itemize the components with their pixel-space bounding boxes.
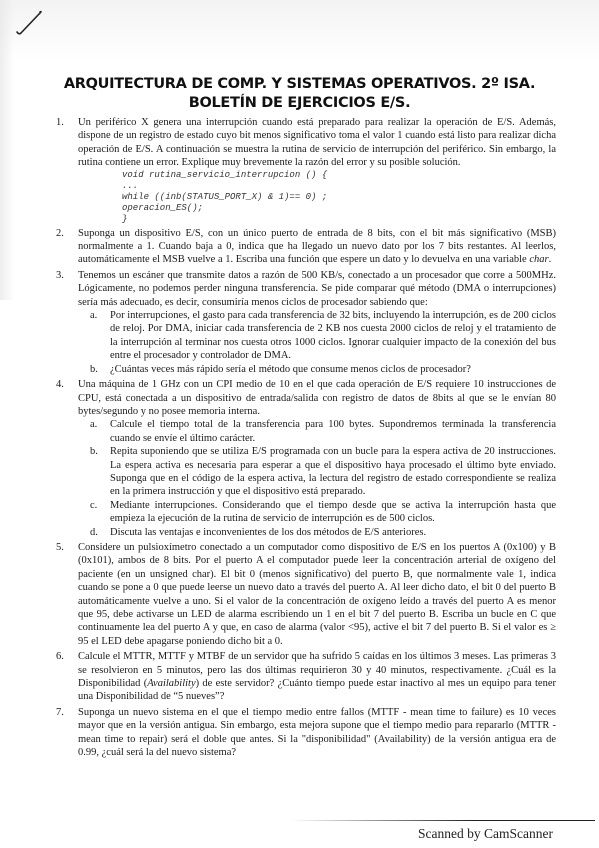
exercise-number: 3. <box>56 269 64 282</box>
document-title: ARQUITECTURA DE COMP. Y SISTEMAS OPERATI… <box>0 75 599 113</box>
sub-question-b: b. Repita suponiendo que se utiliza E/S … <box>84 445 556 499</box>
sub-question-c: c. Mediante interrupciones. Considerando… <box>84 499 556 526</box>
exercise-3: 3. Tenemos un escáner que transmite dato… <box>56 269 556 376</box>
exercise-number: 4. <box>56 378 64 391</box>
exercise-text: Suponga un nuevo sistema en el que el ti… <box>78 707 556 758</box>
exercise-number: 7. <box>56 706 64 719</box>
exercise-text: Una máquina de 1 GHz con un CPI medio de… <box>78 379 556 417</box>
code-block: void rutina_servicio_interrupcion () {..… <box>122 170 556 225</box>
scanner-watermark: Scanned by CamScanner <box>418 826 553 842</box>
code-line: operacion_ES(); <box>122 203 556 214</box>
exercise-4: 4. Una máquina de 1 GHz con un CPI medio… <box>56 378 556 539</box>
footer-divider <box>290 820 595 821</box>
sub-text: Discuta las ventajas e inconvenientes de… <box>110 527 426 538</box>
sub-letter: a. <box>90 309 97 322</box>
code-line: while ((inb(STATUS_PORT_X) & 1)== 0) ; <box>122 192 556 203</box>
exercise-6: 6. Calcule el MTTR, MTTF y MTBF de un se… <box>56 650 556 704</box>
exercise-2: 2. Suponga un dispositivo E/S, con un ún… <box>56 227 556 267</box>
sub-letter: b. <box>90 363 98 376</box>
exercise-text-emphasis: char <box>529 254 548 265</box>
exercise-number: 6. <box>56 650 64 663</box>
scan-shadow <box>0 0 599 60</box>
exercise-text: Considere un pulsioxímetro conectado a u… <box>78 542 556 647</box>
exercise-text: Un periférico X genera una interrupción … <box>78 117 556 168</box>
handwritten-check-icon <box>14 8 44 38</box>
sub-question-b: b. ¿Cuántas veces más rápido sería el mé… <box>84 363 556 376</box>
sub-letter: d. <box>90 526 98 539</box>
exercise-number: 2. <box>56 227 64 240</box>
title-line-1: ARQUITECTURA DE COMP. Y SISTEMAS OPERATI… <box>0 75 599 94</box>
exercise-number: 5. <box>56 541 64 554</box>
sub-question-a: a. Calcule el tiempo total de la transfe… <box>84 418 556 445</box>
scan-edge-shadow <box>0 0 14 300</box>
exercise-7: 7. Suponga un nuevo sistema en el que el… <box>56 706 556 760</box>
sub-text: Calcule el tiempo total de la transferen… <box>110 419 556 443</box>
sub-letter: c. <box>90 499 97 512</box>
title-line-2: BOLETÍN DE EJERCICIOS E/S. <box>0 94 599 113</box>
exercise-list: 1. Un periférico X genera una interrupci… <box>56 116 556 761</box>
code-line: } <box>122 214 556 225</box>
sub-question-d: d. Discuta las ventajas e inconvenientes… <box>84 526 556 539</box>
exercise-number: 1. <box>56 116 64 129</box>
sub-text: Mediante interrupciones. Considerando qu… <box>110 500 556 524</box>
code-line: ... <box>122 181 556 192</box>
sub-question-a: a. Por interrupciones, el gasto para cad… <box>84 309 556 363</box>
exercise-text: Suponga un dispositivo E/S, con un único… <box>78 228 556 266</box>
exercise-1: 1. Un periférico X genera una interrupci… <box>56 116 556 225</box>
exercise-text-emphasis: Availability <box>147 678 195 689</box>
sub-text: Por interrupciones, el gasto para cada t… <box>110 310 556 361</box>
sub-text: ¿Cuántas veces más rápido sería el métod… <box>110 364 471 375</box>
sub-text: Repita suponiendo que se utiliza E/S pro… <box>110 446 556 497</box>
sub-letter: b. <box>90 445 98 458</box>
exercise-text: Tenemos un escáner que transmite datos a… <box>78 270 556 308</box>
code-line: void rutina_servicio_interrupcion () { <box>122 170 556 181</box>
exercise-5: 5. Considere un pulsioxímetro conectado … <box>56 541 556 648</box>
sub-letter: a. <box>90 418 97 431</box>
exercise-text-end: . <box>549 254 552 265</box>
